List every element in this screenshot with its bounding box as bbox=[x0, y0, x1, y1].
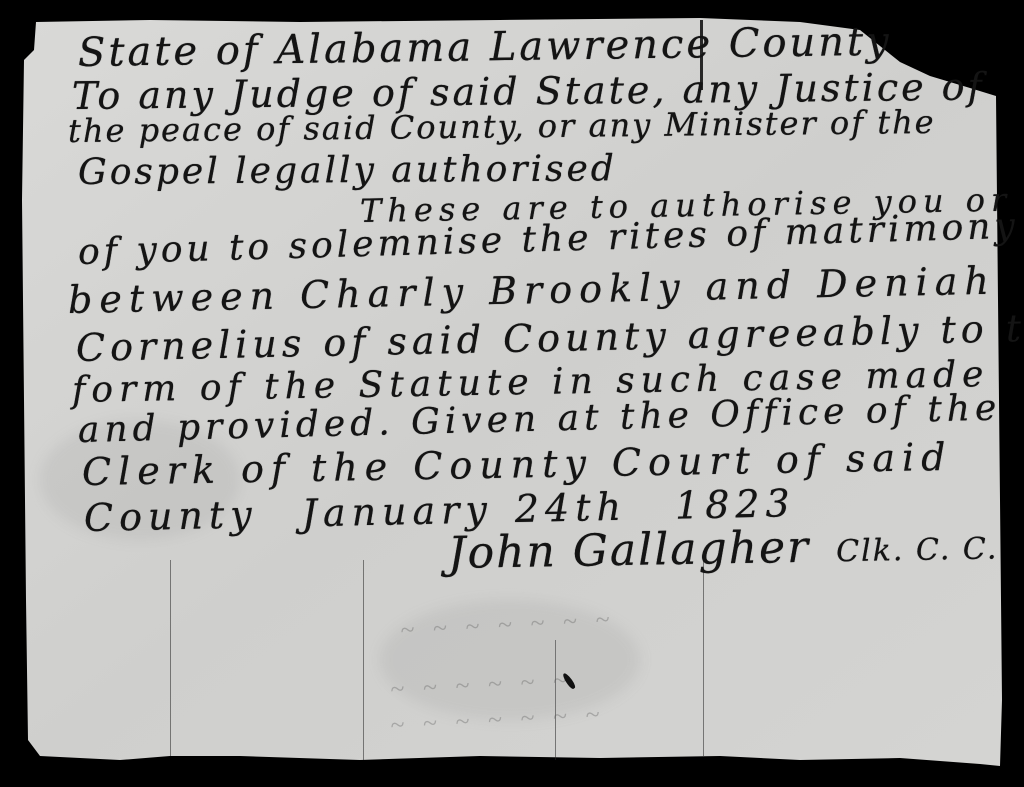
document-line: Gospel legally authorised bbox=[78, 148, 617, 193]
county-word: County bbox=[84, 492, 259, 540]
fold-line bbox=[170, 560, 171, 756]
document-scan: ~ ~ ~ ~ ~ ~ ~ ~ ~ ~ ~ ~ ~ ~ ~ ~ ~ ~ ~ ~ … bbox=[0, 0, 1024, 787]
date-year: 1823 bbox=[675, 481, 797, 528]
fold-line bbox=[703, 560, 704, 756]
date-day: 24th bbox=[514, 485, 627, 531]
signature-name: John Gallagher bbox=[448, 522, 811, 579]
clerk-signature: John Gallagher Clk. C. C. bbox=[448, 518, 999, 579]
fold-line bbox=[363, 560, 364, 760]
signature-title: Clk. C. C. bbox=[836, 531, 999, 569]
